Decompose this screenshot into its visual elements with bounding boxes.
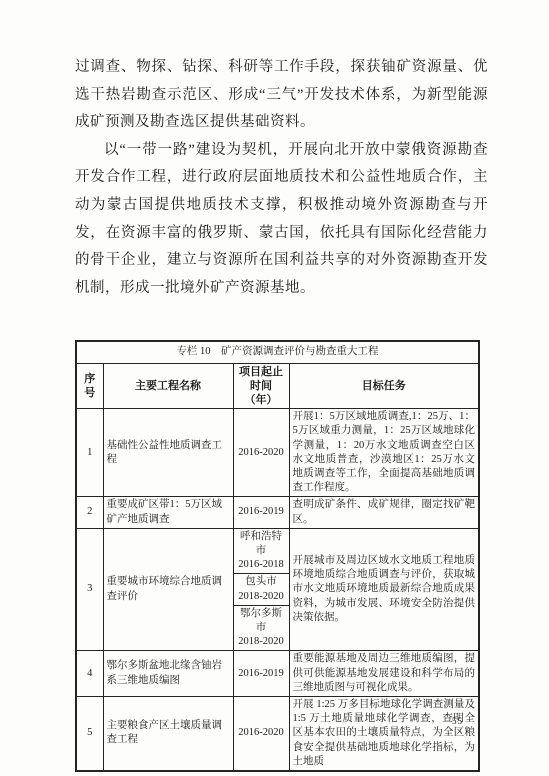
- project-name: 基础性公益性地质调查工程: [103, 409, 233, 497]
- paragraph-continuation: 过调查、物探、钻探、科研等工作手段，探获铀矿资源量、优选干热岩勘查示范区、形成“…: [75, 54, 488, 137]
- row-num: 3: [76, 528, 103, 651]
- project-time: 2016-2019: [233, 497, 289, 528]
- time-entry-years: 2018-2020: [236, 590, 287, 604]
- time-entry-years: 2018-2020: [236, 635, 287, 649]
- row-num: 2: [76, 497, 103, 528]
- project-time-list: 呼和浩特市 2016-2018 包头市 2018-2020 鄂尔多斯市 2018…: [233, 528, 289, 651]
- time-entry-years: 2016-2018: [236, 558, 287, 572]
- project-name: 鄂尔多斯盆地北缘含铀岩系三维地质编图: [103, 651, 233, 697]
- project-name: 重要城市环境综合地质调查评价: [103, 528, 233, 651]
- time-entry: 呼和浩特市 2016-2018: [234, 529, 289, 574]
- time-entry-place: 呼和浩特市: [236, 530, 287, 558]
- body-text-block: 过调查、物探、钻探、科研等工作手段，探获铀矿资源量、优选干热岩勘查示范区、形成“…: [75, 54, 488, 302]
- project-task: 重要能源基地及周边三维地质编图，提供可供能源基地发展建设和科学布局的三维地质图与…: [289, 651, 479, 697]
- time-entry-place: 包头市: [236, 575, 287, 589]
- project-time: 2016-2020: [233, 409, 289, 497]
- table-header-row: 序号 主要工程名称 项目起止时间（年） 目标任务: [76, 363, 479, 409]
- project-table: 专栏 10 矿产资源调查评价与勘查重大工程 序号 主要工程名称 项目起止时间（年…: [75, 340, 480, 772]
- header-主要工程名称: 主要工程名称: [103, 363, 233, 409]
- document-page: 过调查、物探、钻探、科研等工作手段，探获铀矿资源量、优选干热岩勘查示范区、形成“…: [0, 0, 549, 776]
- table-row: 5 主要粮食产区土壤质量调查工程 2016-2020 开展 1:25 万多目标地…: [76, 696, 479, 771]
- row-num: 1: [76, 409, 103, 497]
- project-time: 2016-2020: [233, 696, 289, 771]
- project-name: 主要粮食产区土壤质量调查工程: [103, 696, 233, 771]
- project-task: 查明成矿条件、成矿规律，圈定找矿靶区。: [289, 497, 479, 528]
- header-目标任务: 目标任务: [289, 363, 479, 409]
- project-time: 2016-2019: [233, 651, 289, 697]
- page-number: 55: [452, 716, 463, 726]
- table-title-row: 专栏 10 矿产资源调查评价与勘查重大工程: [76, 341, 479, 363]
- project-task: 开展城市及周边区域水文地质工程地质环境地质综合地质调查与评价，获取城市水文地质环…: [289, 528, 479, 651]
- time-entry: 包头市 2018-2020: [234, 573, 289, 604]
- table-row: 1 基础性公益性地质调查工程 2016-2020 开展1：5万区域地质调查,1：…: [76, 409, 479, 497]
- paragraph-belt-and-road: 以“一带一路”建设为契机，开展向北开放中蒙俄资源勘查开发合作工程，进行政府层面地…: [75, 137, 488, 303]
- table-row: 2 重要成矿区带1：5万区域矿产地质调查 2016-2019 查明成矿条件、成矿…: [76, 497, 479, 528]
- header-项目起止时间: 项目起止时间（年）: [233, 363, 289, 409]
- time-entry-place: 鄂尔多斯市: [236, 607, 287, 635]
- project-task: 开展 1:25 万多目标地球化学调查测量及 1:5 万土地质量地球化学调查，查明…: [289, 696, 479, 771]
- project-name: 重要成矿区带1：5万区域矿产地质调查: [103, 497, 233, 528]
- table-row: 4 鄂尔多斯盆地北缘含铀岩系三维地质编图 2016-2019 重要能源基地及周边…: [76, 651, 479, 697]
- project-task: 开展1：5万区域地质调查,1：25万、1：5万区域重力测量，1：25万区域地球化…: [289, 409, 479, 497]
- row-num: 4: [76, 651, 103, 697]
- header-序号: 序号: [76, 363, 103, 409]
- table-title: 专栏 10 矿产资源调查评价与勘查重大工程: [76, 341, 479, 363]
- row-num: 5: [76, 696, 103, 771]
- table-row: 3 重要城市环境综合地质调查评价 呼和浩特市 2016-2018 包头市 201…: [76, 528, 479, 651]
- time-entry: 鄂尔多斯市 2018-2020: [234, 605, 289, 651]
